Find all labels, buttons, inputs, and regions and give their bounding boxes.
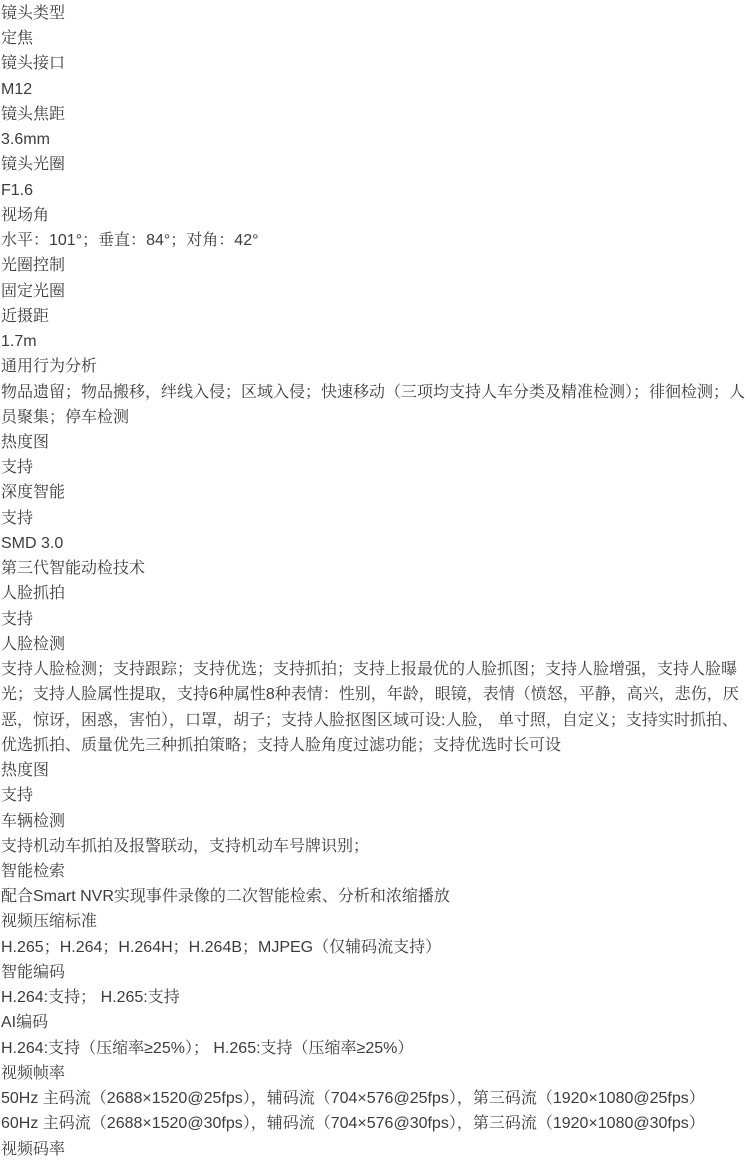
spec-label: 热度图 — [1, 430, 750, 455]
spec-label: 镜头焦距 — [1, 102, 750, 127]
spec-document: 镜头类型定焦镜头接口M12镜头焦距3.6mm镜头光圈F1.6视场角水平：101°… — [0, 0, 750, 1161]
spec-label: 视频压缩标准 — [1, 909, 750, 934]
spec-value: 支持机动车抓拍及报警联动，支持机动车号牌识别； — [1, 834, 750, 859]
spec-value: 固定光圈 — [1, 279, 750, 304]
spec-label: 人脸抓拍 — [1, 581, 750, 606]
spec-value: 第三代智能动检技术 — [1, 556, 750, 581]
spec-value: 物品遗留；物品搬移，绊线入侵；区域入侵；快速移动（三项均支持人车分类及精准检测）… — [1, 380, 750, 430]
spec-value: H.265；H.264；H.264H；H.264B；MJPEG（仅辅码流支持） — [1, 935, 750, 960]
spec-label: 镜头接口 — [1, 51, 750, 76]
spec-value: 支持 — [1, 607, 750, 632]
spec-value: 支持 — [1, 455, 750, 480]
spec-value: 3.6mm — [1, 127, 750, 152]
spec-value: F1.6 — [1, 178, 750, 203]
spec-label: 视场角 — [1, 203, 750, 228]
spec-value: 定焦 — [1, 26, 750, 51]
spec-label: 深度智能 — [1, 480, 750, 505]
spec-value: 支持人脸检测；支持跟踪；支持优选；支持抓拍；支持上报最优的人脸抓图；支持人脸增强… — [1, 657, 750, 758]
spec-value: 60Hz 主码流（2688×1520@30fps），辅码流（704×576@30… — [1, 1111, 750, 1136]
spec-label: 热度图 — [1, 758, 750, 783]
spec-label: 智能编码 — [1, 960, 750, 985]
spec-label: 镜头类型 — [1, 1, 750, 26]
spec-value: 配合Smart NVR实现事件录像的二次智能检索、分析和浓缩播放 — [1, 884, 750, 909]
spec-value: H.264:支持； H.265:支持 — [1, 985, 750, 1010]
spec-label: SMD 3.0 — [1, 531, 750, 556]
spec-value: 水平：101°；垂直：84°；对角：42° — [1, 228, 750, 253]
spec-value: 50Hz 主码流（2688×1520@25fps），辅码流（704×576@25… — [1, 1086, 750, 1111]
spec-value: 支持 — [1, 783, 750, 808]
spec-label: 视频码率 — [1, 1137, 750, 1161]
spec-value: 支持 — [1, 506, 750, 531]
spec-label: 通用行为分析 — [1, 354, 750, 379]
spec-value: H.264:支持（压缩率≥25%）； H.265:支持（压缩率≥25%） — [1, 1036, 750, 1061]
spec-label: 智能检索 — [1, 859, 750, 884]
spec-label: 视频帧率 — [1, 1061, 750, 1086]
spec-value: 1.7m — [1, 329, 750, 354]
spec-label: AI编码 — [1, 1010, 750, 1035]
spec-label: 人脸检测 — [1, 632, 750, 657]
spec-label: 近摄距 — [1, 304, 750, 329]
spec-label: 镜头光圈 — [1, 152, 750, 177]
spec-value: M12 — [1, 77, 750, 102]
spec-label: 光圈控制 — [1, 253, 750, 278]
spec-label: 车辆检测 — [1, 809, 750, 834]
